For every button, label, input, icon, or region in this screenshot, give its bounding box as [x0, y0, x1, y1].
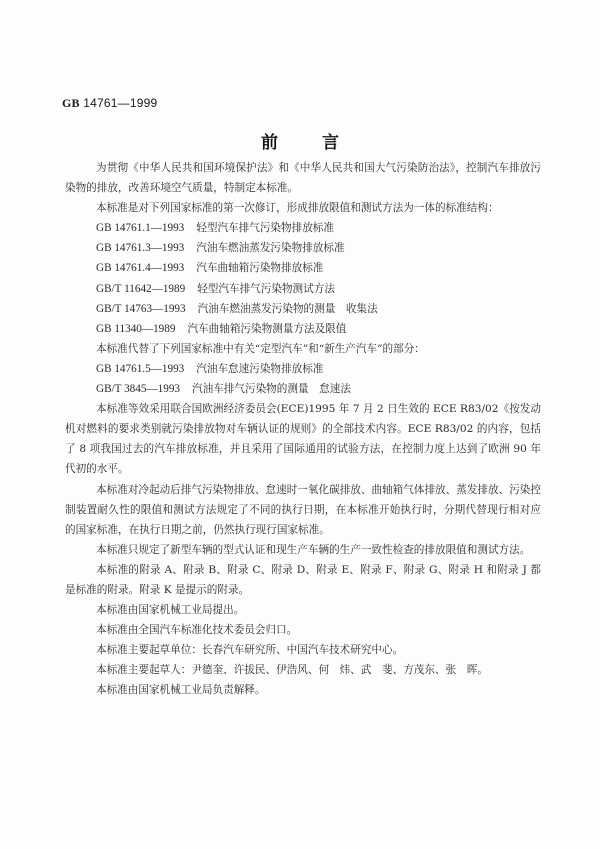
paragraph-centralized-by: 本标准由全国汽车标准化技术委员会归口。: [65, 620, 541, 640]
standard-name: 汽车曲轴箱污染物排放标准: [196, 262, 323, 274]
replaced-standards-list: GB 14761.5—1993汽油车怠速污染物排放标准 GB/T 3845—19…: [65, 359, 541, 399]
list-item: GB 14761.4—1993汽车曲轴箱污染物排放标准: [65, 258, 541, 278]
standard-name: 轻型汽车排气污染物排放标准: [196, 222, 334, 234]
list-item: GB 14761.3—1993汽油车燃油蒸发污染物排放标准: [65, 238, 541, 258]
paragraph-ece: 本标准等效采用联合国欧洲经济委员会(ECE)1995 年 7 月 2 日生效的 …: [65, 399, 541, 479]
standard-code: GB 14761.1—1993: [96, 218, 184, 238]
standard-name: 汽油车燃油蒸发污染物的测量 收集法: [198, 303, 378, 315]
paragraph-proposed-by: 本标准由国家机械工业局提出。: [65, 600, 541, 620]
standard-code: GB 14761.3—1993: [96, 238, 184, 258]
standard-name: 汽车曲轴箱污染物测量方法及限值: [187, 323, 346, 335]
paragraph-replaced-intro: 本标准代替了下列国家标准中有关“定型汽车”和“新生产汽车”的部分：: [65, 339, 541, 359]
standard-code: GB/T 11642—1989: [96, 279, 185, 299]
standard-prefix: GB: [62, 96, 80, 110]
standard-name: 汽油车燃油蒸发污染物排放标准: [196, 242, 344, 254]
standard-name: 汽油车怠速污染物排放标准: [196, 363, 323, 375]
standard-code: GB/T 3845—1993: [96, 379, 180, 399]
standard-number-value: 14761—1999: [83, 96, 157, 110]
list-item: GB 11340—1989汽车曲轴箱污染物测量方法及限值: [65, 319, 541, 339]
paragraph-drafters: 本标准主要起草人：尹德奎、许拔民、伊浩风、何 炜、武 斐、方茂东、张 晖。: [65, 660, 541, 680]
standard-code: GB 14761.5—1993: [96, 359, 184, 379]
standard-name: 轻型汽车排气污染物测试方法: [197, 283, 335, 295]
paragraph-appendices: 本标准的附录 A、附录 B、附录 C、附录 D、附录 E、附录 F、附录 G、附…: [65, 560, 541, 600]
list-item: GB/T 14763—1993汽油车燃油蒸发污染物的测量 收集法: [65, 299, 541, 319]
paragraph-intro: 为贯彻《中华人民共和国环境保护法》和《中华人民共和国大气污染防治法》，控制汽车排…: [65, 158, 541, 198]
list-item: GB 14761.1—1993轻型汽车排气污染物排放标准: [65, 218, 541, 238]
standard-code: GB 14761.4—1993: [96, 258, 184, 278]
paragraph-drafting-units: 本标准主要起草单位：长春汽车研究所、中国汽车技术研究中心。: [65, 640, 541, 660]
revised-standards-list: GB 14761.1—1993轻型汽车排气污染物排放标准 GB 14761.3—…: [65, 218, 541, 339]
paragraph-revision-intro: 本标准是对下列国家标准的第一次修订，形成排放限值和测试方法为一体的标准结构：: [65, 198, 541, 218]
paragraph-interpreted-by: 本标准由国家机械工业局负责解释。: [65, 680, 541, 700]
standard-code: GB/T 14763—1993: [96, 299, 186, 319]
page-title: 前言: [0, 128, 600, 153]
list-item: GB/T 3845—1993汽油车排气污染物的测量 怠速法: [65, 379, 541, 399]
list-item: GB/T 11642—1989轻型汽车排气污染物测试方法: [65, 279, 541, 299]
paragraph-dates: 本标准对冷起动后排气污染物排放、怠速时一氧化碳排放、曲轴箱气体排放、蒸发排放、污…: [65, 480, 541, 540]
paragraph-scope: 本标准只规定了新型车辆的型式认证和现生产车辆的生产一致性检查的排放限值和测试方法…: [65, 540, 541, 560]
list-item: GB 14761.5—1993汽油车怠速污染物排放标准: [65, 359, 541, 379]
standard-name: 汽油车排气污染物的测量 怠速法: [192, 383, 351, 395]
standard-number: GB 14761—1999: [62, 96, 157, 111]
document-body: 为贯彻《中华人民共和国环境保护法》和《中华人民共和国大气污染防治法》，控制汽车排…: [65, 158, 541, 701]
standard-code: GB 11340—1989: [96, 319, 175, 339]
